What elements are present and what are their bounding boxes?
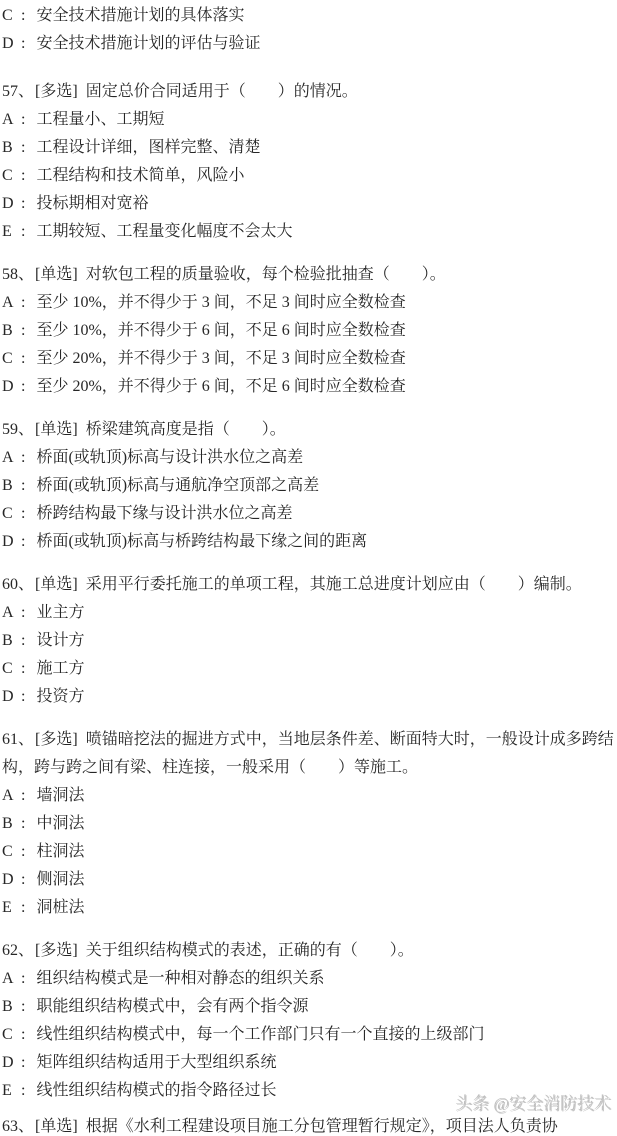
option-text: 工期较短、工程量变化幅度不会太大 [36,223,292,240]
option-row: E:线性组织结构模式的指令路径过长 [2,1077,615,1105]
option-colon: : [21,1021,25,1049]
question-stem: 桥梁建筑高度是指（ ）。 [86,421,286,438]
question-block-59: 59、[单选]桥梁建筑高度是指（ ）。 A:桥面(或轨顶)标高与设计洪水位之高差… [2,416,615,556]
question-stem: 关于组织结构模式的表述，正确的有（ ）。 [86,942,414,959]
option-text: 桥面(或轨顶)标高与桥跨结构最下缘之间的距离 [36,533,367,550]
option-text: 安全技术措施计划的评估与验证 [36,35,260,52]
option-colon: : [21,965,25,993]
option-row: C:工程结构和技术简单，风险小 [2,162,615,190]
option-letter: C [2,1021,15,1049]
question-number: 59、 [2,421,34,438]
option-colon: : [21,190,25,218]
option-text: 至少 20%，并不得少于 6 间，不足 6 间时应全数检查 [36,378,405,395]
question-line: 59、[单选]桥梁建筑高度是指（ ）。 [2,416,615,444]
option-colon: : [21,317,25,345]
option-row: D:安全技术措施计划的评估与验证 [2,30,615,58]
option-text: 业主方 [36,604,84,621]
option-text: 柱洞法 [36,843,84,860]
option-colon: : [21,655,25,683]
option-letter: D [2,30,15,58]
question-block-partial: C:安全技术措施计划的具体落实 D:安全技术措施计划的评估与验证 [2,2,615,58]
option-letter: A [2,444,15,472]
option-letter: C [2,838,15,866]
option-row: E:工期较短、工程量变化幅度不会太大 [2,218,615,246]
question-number: 57、 [2,83,34,100]
question-line: 60、[单选]采用平行委托施工的单项工程，其施工总进度计划应由（ ）编制。 [2,571,615,599]
option-row: B:至少 10%，并不得少于 6 间，不足 6 间时应全数检查 [2,317,615,345]
question-number: 58、 [2,266,34,283]
option-text: 至少 10%，并不得少于 3 间，不足 3 间时应全数检查 [36,294,405,311]
option-text: 墙洞法 [36,787,84,804]
option-text: 设计方 [36,632,84,649]
option-text: 投标期相对宽裕 [36,195,148,212]
option-row: A:业主方 [2,599,615,627]
option-text: 投资方 [36,688,84,705]
question-type-tag: [单选] [35,421,78,438]
option-colon: : [21,528,25,556]
option-row: B:设计方 [2,627,615,655]
option-text: 桥面(或轨顶)标高与通航净空顶部之高差 [36,477,319,494]
option-letter: E [2,894,15,922]
option-row: B:职能组织结构模式中，会有两个指令源 [2,993,615,1021]
question-stem: 对软包工程的质量验收，每个检验批抽查（ ）。 [86,266,446,283]
question-number: 62、 [2,942,34,959]
option-letter: C [2,345,15,373]
option-colon: : [21,373,25,401]
option-letter: D [2,683,15,711]
option-colon: : [21,810,25,838]
option-row: D:桥面(或轨顶)标高与桥跨结构最下缘之间的距离 [2,528,615,556]
option-row: E:洞桩法 [2,894,615,922]
option-colon: : [21,345,25,373]
option-row: B:桥面(或轨顶)标高与通航净空顶部之高差 [2,472,615,500]
option-text: 侧洞法 [36,871,84,888]
option-row: D:矩阵组织结构适用于大型组织系统 [2,1049,615,1077]
question-number: 61、 [2,731,34,748]
option-letter: D [2,528,15,556]
question-line: 61、[多选]喷锚暗挖法的掘进方式中，当地层条件差、断面特大时，一般设计成多跨结… [2,726,615,782]
question-block-62: 62、[多选]关于组织结构模式的表述，正确的有（ ）。 A:组织结构模式是一种相… [2,937,615,1105]
option-colon: : [21,162,25,190]
document-page: C:安全技术措施计划的具体落实 D:安全技术措施计划的评估与验证 57、[多选]… [0,0,617,1136]
question-number: 63、 [2,1118,34,1135]
option-colon: : [21,106,25,134]
question-type-tag: [单选] [35,266,78,283]
question-block-58: 58、[单选]对软包工程的质量验收，每个检验批抽查（ ）。 A:至少 10%，并… [2,261,615,401]
option-row: C:至少 20%，并不得少于 3 间，不足 3 间时应全数检查 [2,345,615,373]
option-colon: : [21,1049,25,1077]
question-block-63: 63、[单选]根据《水利工程建设项目施工分包管理暂行规定》，项目法人负责协 [2,1113,615,1136]
option-letter: A [2,599,15,627]
option-row: A:至少 10%，并不得少于 3 间，不足 3 间时应全数检查 [2,289,615,317]
option-text: 至少 20%，并不得少于 3 间，不足 3 间时应全数检查 [36,350,405,367]
option-colon: : [21,782,25,810]
option-row: D:投资方 [2,683,615,711]
option-letter: C [2,500,15,528]
question-type-tag: [多选] [35,731,78,748]
option-letter: E [2,1077,15,1105]
option-colon: : [21,683,25,711]
option-text: 线性组织结构模式中，每一个工作部门只有一个直接的上级部门 [36,1026,484,1043]
question-line: 62、[多选]关于组织结构模式的表述，正确的有（ ）。 [2,937,615,965]
option-row: D:投标期相对宽裕 [2,190,615,218]
option-colon: : [21,218,25,246]
question-stem: 采用平行委托施工的单项工程，其施工总进度计划应由（ ）编制。 [86,576,582,593]
option-row: A:墙洞法 [2,782,615,810]
option-letter: D [2,866,15,894]
option-letter: B [2,993,15,1021]
option-colon: : [21,993,25,1021]
option-row: C:施工方 [2,655,615,683]
option-row: B:工程设计详细，图样完整、清楚 [2,134,615,162]
option-text: 线性组织结构模式的指令路径过长 [36,1082,276,1099]
option-row: D:侧洞法 [2,866,615,894]
option-colon: : [21,500,25,528]
option-row: B:中洞法 [2,810,615,838]
option-text: 工程结构和技术简单，风险小 [36,167,244,184]
option-letter: A [2,965,15,993]
question-line: 58、[单选]对软包工程的质量验收，每个检验批抽查（ ）。 [2,261,615,289]
option-colon: : [21,599,25,627]
option-text: 职能组织结构模式中，会有两个指令源 [36,998,308,1015]
option-row: A:组织结构模式是一种相对静态的组织关系 [2,965,615,993]
question-type-tag: [多选] [35,83,78,100]
option-letter: C [2,2,15,30]
question-number: 60、 [2,576,34,593]
option-row: C:线性组织结构模式中，每一个工作部门只有一个直接的上级部门 [2,1021,615,1049]
option-colon: : [21,866,25,894]
question-stem: 固定总价合同适用于（ ）的情况。 [86,83,358,100]
option-text: 安全技术措施计划的具体落实 [36,7,244,24]
option-letter: A [2,289,15,317]
option-text: 矩阵组织结构适用于大型组织系统 [36,1054,276,1071]
option-letter: B [2,317,15,345]
option-text: 施工方 [36,660,84,677]
option-letter: A [2,106,15,134]
option-colon: : [21,894,25,922]
option-row: C:柱洞法 [2,838,615,866]
option-text: 组织结构模式是一种相对静态的组织关系 [36,970,324,987]
question-type-tag: [多选] [35,942,78,959]
option-letter: D [2,373,15,401]
option-letter: E [2,218,15,246]
option-colon: : [21,444,25,472]
option-letter: B [2,627,15,655]
option-letter: C [2,655,15,683]
question-block-60: 60、[单选]采用平行委托施工的单项工程，其施工总进度计划应由（ ）编制。 A:… [2,571,615,711]
question-line: 57、[多选]固定总价合同适用于（ ）的情况。 [2,78,615,106]
option-colon: : [21,472,25,500]
question-stem: 根据《水利工程建设项目施工分包管理暂行规定》，项目法人负责协 [86,1118,558,1135]
option-text: 工程设计详细，图样完整、清楚 [36,139,260,156]
option-colon: : [21,838,25,866]
question-line: 63、[单选]根据《水利工程建设项目施工分包管理暂行规定》，项目法人负责协 [2,1113,615,1136]
option-text: 至少 10%，并不得少于 6 间，不足 6 间时应全数检查 [36,322,405,339]
option-colon: : [21,2,25,30]
option-text: 洞桩法 [36,899,84,916]
option-letter: B [2,472,15,500]
option-text: 工程量小、工期短 [36,111,164,128]
option-row: D:至少 20%，并不得少于 6 间，不足 6 间时应全数检查 [2,373,615,401]
question-type-tag: [单选] [35,1118,78,1135]
option-row: C:安全技术措施计划的具体落实 [2,2,615,30]
question-stem: 喷锚暗挖法的掘进方式中，当地层条件差、断面特大时，一般设计成多跨结构，跨与跨之间… [2,731,614,776]
option-letter: B [2,810,15,838]
option-letter: C [2,162,15,190]
option-colon: : [21,1077,25,1105]
question-block-61: 61、[多选]喷锚暗挖法的掘进方式中，当地层条件差、断面特大时，一般设计成多跨结… [2,726,615,922]
option-row: A:桥面(或轨顶)标高与设计洪水位之高差 [2,444,615,472]
question-block-57: 57、[多选]固定总价合同适用于（ ）的情况。 A:工程量小、工期短 B:工程设… [2,78,615,246]
option-text: 桥面(或轨顶)标高与设计洪水位之高差 [36,449,303,466]
option-letter: B [2,134,15,162]
option-row: A:工程量小、工期短 [2,106,615,134]
option-colon: : [21,627,25,655]
option-colon: : [21,30,25,58]
option-letter: D [2,190,15,218]
option-row: C:桥跨结构最下缘与设计洪水位之高差 [2,500,615,528]
option-text: 中洞法 [36,815,84,832]
question-type-tag: [单选] [35,576,78,593]
option-text: 桥跨结构最下缘与设计洪水位之高差 [36,505,292,522]
option-colon: : [21,289,25,317]
option-colon: : [21,134,25,162]
option-letter: A [2,782,15,810]
option-letter: D [2,1049,15,1077]
